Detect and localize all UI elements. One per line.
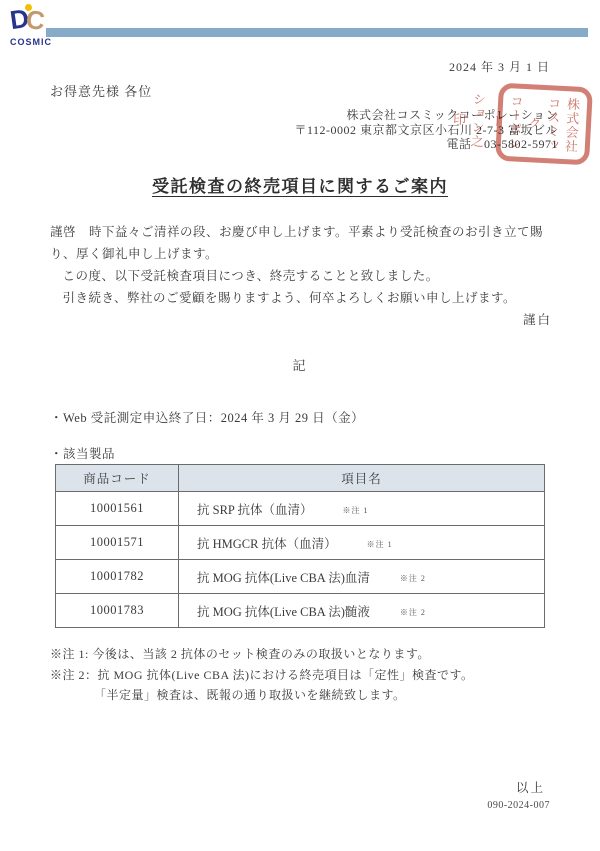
- products-table: 商品コード 項目名 10001561 抗 SRP 抗体（血清）※注 1 1000…: [55, 464, 545, 628]
- col-header-item-name: 項目名: [179, 465, 545, 492]
- table-row: 10001783 抗 MOG 抗体(Live CBA 法)髄液※注 2: [56, 594, 545, 628]
- product-note-ref: ※注 2: [400, 574, 426, 583]
- closing-word: 謹白: [50, 309, 552, 331]
- product-code-cell: 10001561: [56, 492, 179, 526]
- col-header-product-code: 商品コード: [56, 465, 179, 492]
- company-address: 〒112-0002 東京都文京区小石川 2-7-3 富坂ビル: [294, 123, 558, 138]
- logo-wordmark: COSMIC: [10, 37, 62, 47]
- cosmic-logo: D C COSMIC: [10, 6, 62, 47]
- letter-date: 2024 年 3 月 1 日: [449, 58, 550, 75]
- document-title: 受託検査の終売項目に関するご案内: [0, 172, 600, 197]
- product-name-cell: 抗 SRP 抗体（血清）※注 1: [179, 492, 545, 526]
- header-accent-bar: [46, 28, 588, 37]
- product-name: 抗 SRP 抗体（血清）: [197, 503, 313, 517]
- product-note-ref: ※注 1: [343, 506, 369, 515]
- company-name: 株式会社コスミックコーポレーション: [294, 108, 558, 123]
- product-name-cell: 抗 MOG 抗体(Live CBA 法)血清※注 2: [179, 560, 545, 594]
- products-table-body: 10001561 抗 SRP 抗体（血清）※注 1 10001571 抗 HMG…: [56, 492, 545, 628]
- footnotes-block: ※注 1: 今後は、当該 2 抗体のセット検査のみの取扱いとなります。 ※注 2…: [50, 644, 474, 706]
- ki-marker: 記: [0, 355, 600, 374]
- product-code-cell: 10001782: [56, 560, 179, 594]
- table-row: 10001782 抗 MOG 抗体(Live CBA 法)血清※注 2: [56, 560, 545, 594]
- request-paragraph: 引き続き、弊社のご愛顧を賜りますよう、何卒よろしくお願い申し上げます。: [50, 287, 552, 309]
- applicable-products-label: ・該当製品: [50, 444, 115, 462]
- greeting-paragraph: 謹啓 時下益々ご清祥の段、お慶び申し上げます。平素より受託検査のお引き立て賜り、…: [50, 221, 552, 265]
- web-deadline-line: ・Web 受託測定申込終了日：2024 年 3 月 29 日（金）: [50, 408, 364, 426]
- product-name-cell: 抗 HMGCR 抗体（血清）※注 1: [179, 526, 545, 560]
- table-row: 10001571 抗 HMGCR 抗体（血清）※注 1: [56, 526, 545, 560]
- product-name: 抗 MOG 抗体(Live CBA 法)髄液: [197, 605, 370, 619]
- footnote-2-line2: 「半定量」検査は、既報の通り取扱いを継続致します。: [50, 685, 474, 706]
- product-code-cell: 10001571: [56, 526, 179, 560]
- header-row: 商品コード 項目名: [56, 465, 545, 492]
- table-row: 10001561 抗 SRP 抗体（血清）※注 1: [56, 492, 545, 526]
- company-block: 株式会社コスミックコーポレーション 〒112-0002 東京都文京区小石川 2-…: [294, 108, 558, 152]
- product-code-cell: 10001783: [56, 594, 179, 628]
- product-name: 抗 MOG 抗体(Live CBA 法)血清: [197, 571, 370, 585]
- product-note-ref: ※注 2: [400, 608, 426, 617]
- announcement-paragraph: この度、以下受託検査項目につき、終売することと致しました。: [50, 265, 552, 287]
- footnote-1: ※注 1: 今後は、当該 2 抗体のセット検査のみの取扱いとなります。: [50, 644, 474, 665]
- end-marker: 以上: [516, 778, 545, 796]
- product-name-cell: 抗 MOG 抗体(Live CBA 法)髄液※注 2: [179, 594, 545, 628]
- document-number: 090-2024-007: [487, 800, 550, 811]
- letter-body: 謹啓 時下益々ご清祥の段、お慶び申し上げます。平素より受託検査のお引き立て賜り、…: [50, 221, 552, 331]
- document-page: D C COSMIC 2024 年 3 月 1 日 お得意先様 各位 株式会社コ…: [0, 0, 600, 851]
- product-name: 抗 HMGCR 抗体（血清）: [197, 537, 337, 551]
- recipient-line: お得意先様 各位: [50, 81, 152, 100]
- product-note-ref: ※注 1: [367, 540, 393, 549]
- logo-letter-c: C: [25, 6, 46, 34]
- company-phone: 電話 03-5802-5971: [294, 137, 558, 152]
- products-table-head: 商品コード 項目名: [56, 465, 545, 492]
- footnote-2-line1: ※注 2：抗 MOG 抗体(Live CBA 法)における終売項目は「定性」検査…: [50, 665, 474, 686]
